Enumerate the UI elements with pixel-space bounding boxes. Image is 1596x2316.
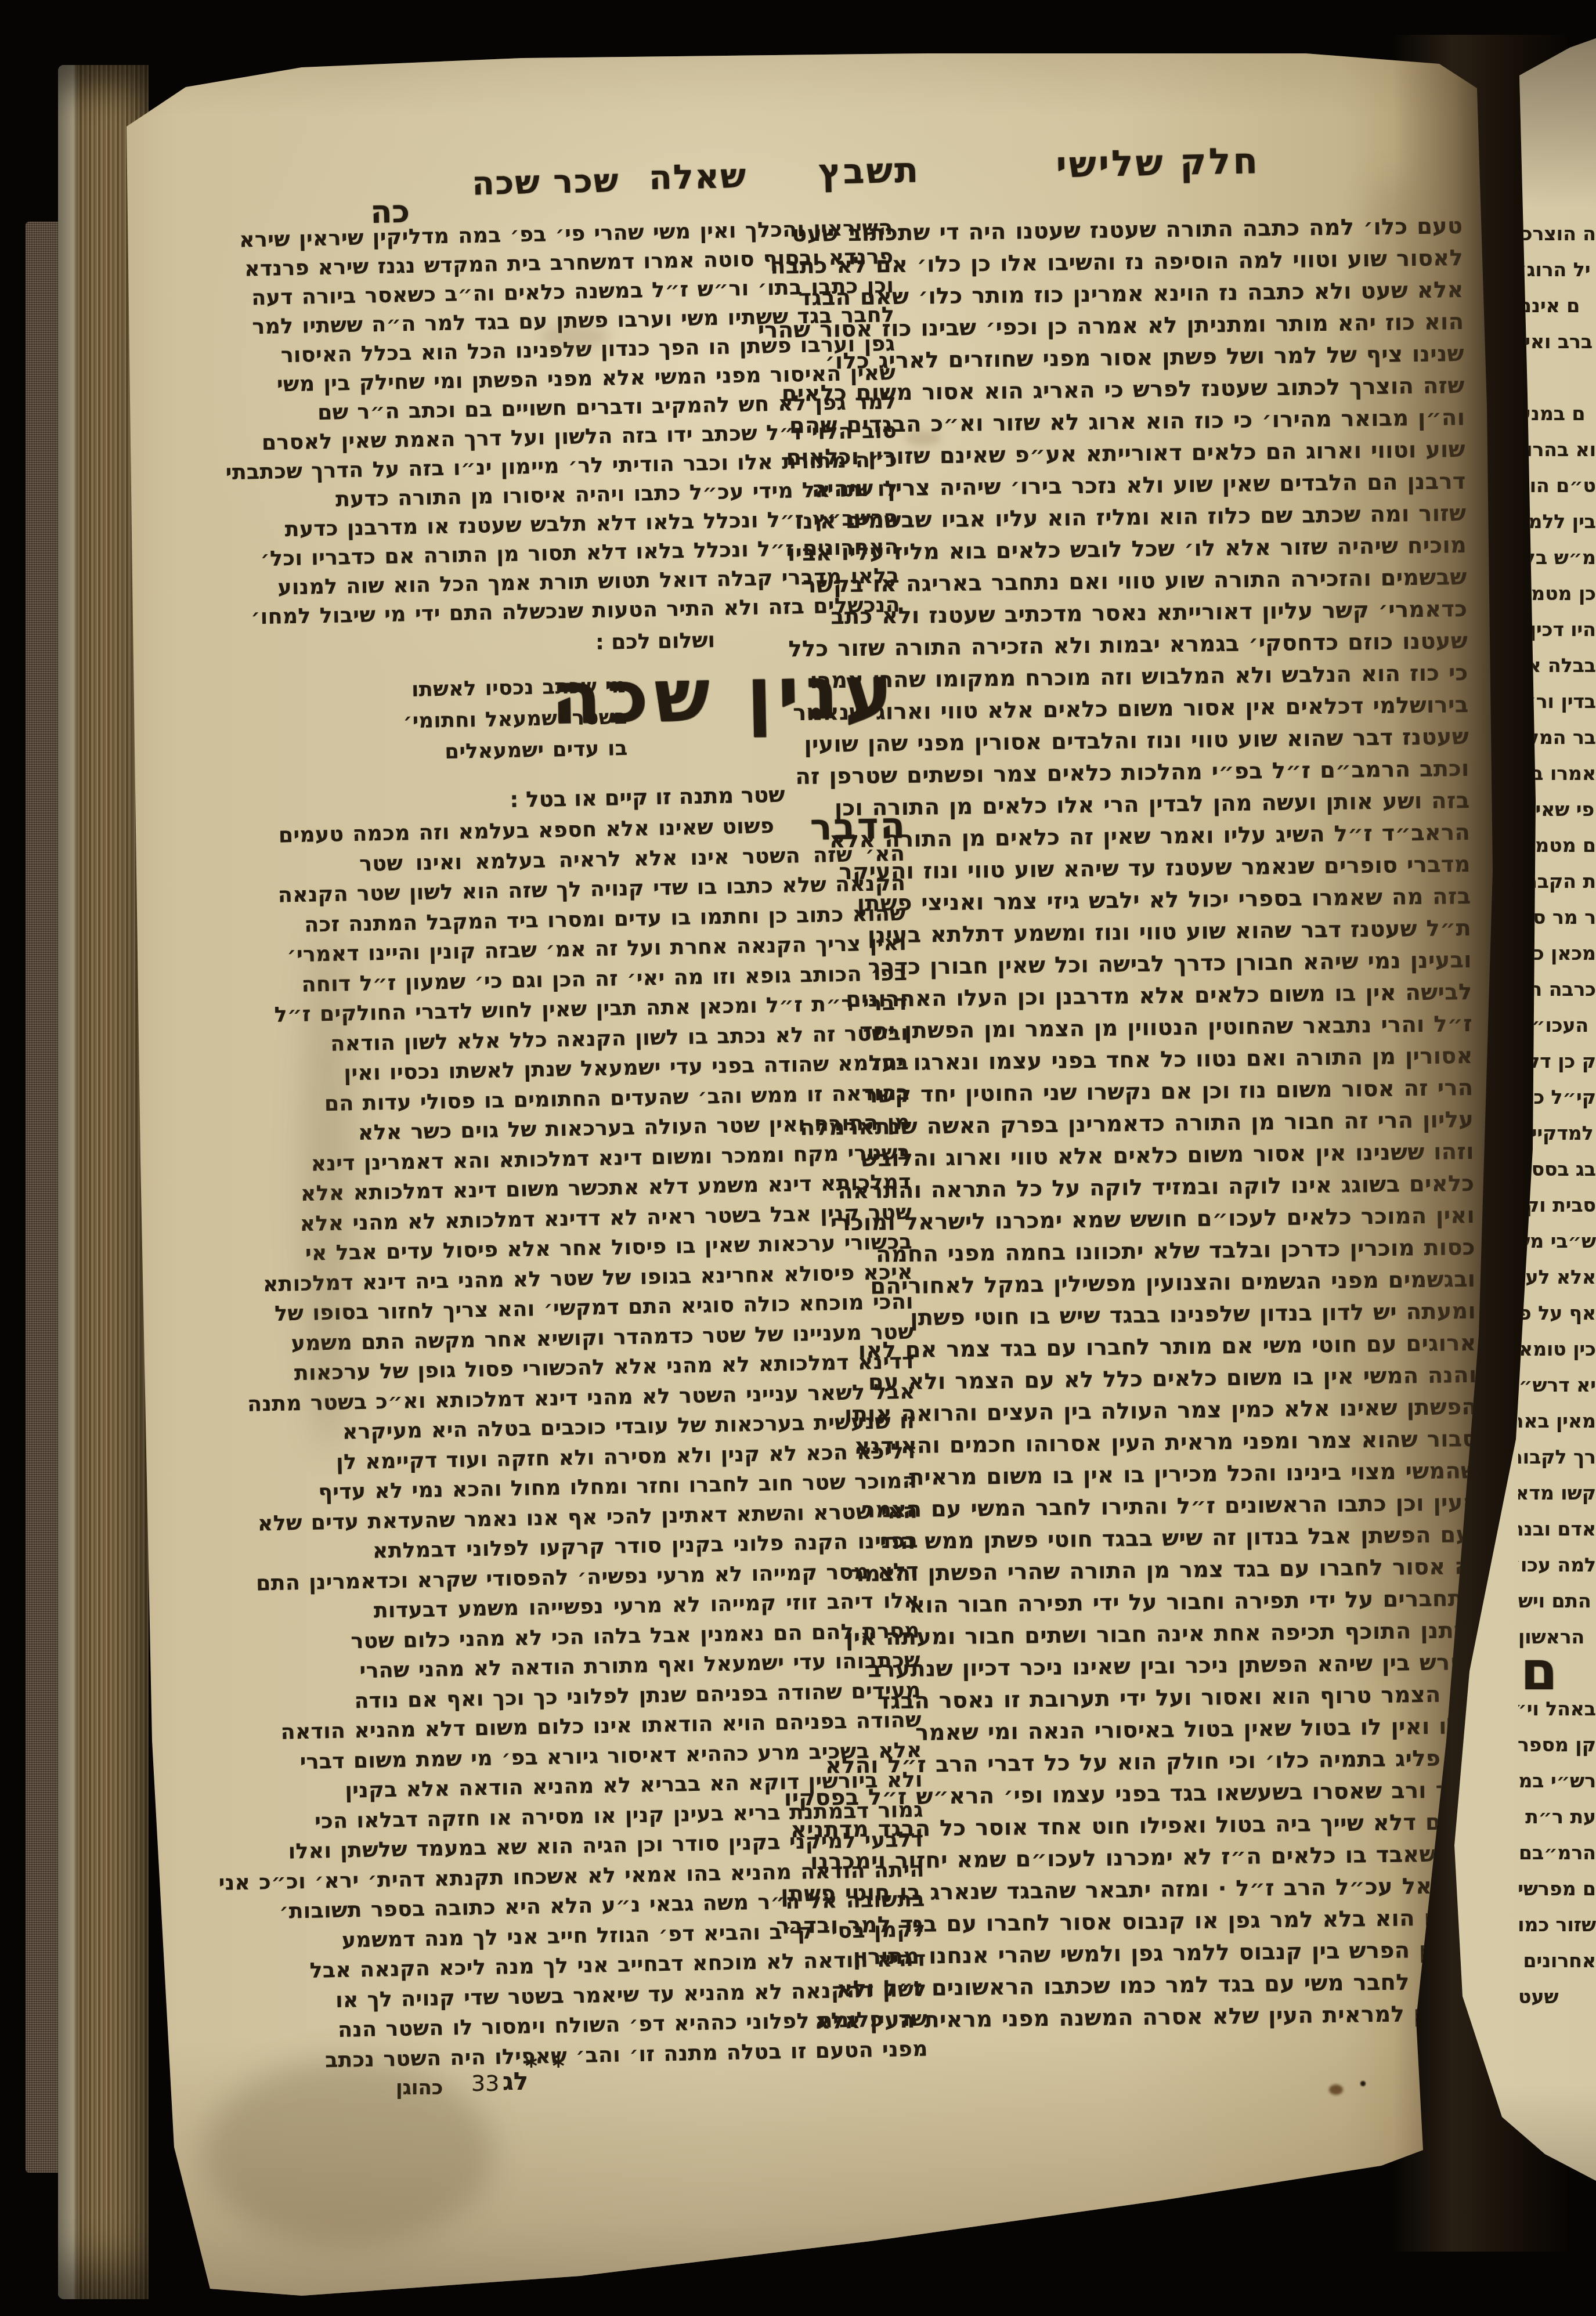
responsum-body: הדבר פשוט שאינו אלא חספא בעלמא וזה מכמה … — [359, 809, 928, 2075]
text-line — [1518, 360, 1596, 396]
text-line: ר מר סדר — [1518, 899, 1596, 935]
text-line: מאין באהל — [1518, 1403, 1596, 1439]
text-line: וא בהרוגי — [1518, 432, 1596, 468]
footer-catchword: כהוגן — [396, 2076, 443, 2100]
text-line: ט״ם הוא — [1518, 468, 1596, 504]
paper-stain — [540, 325, 609, 348]
text-line: בג בססיא — [1518, 1151, 1596, 1187]
text-line: אדם ובנה — [1518, 1511, 1596, 1547]
text-line: בין ללמוד — [1518, 504, 1596, 540]
paper-stain — [905, 431, 940, 446]
text-line: קשו מדאמ׳ — [1518, 1475, 1596, 1511]
text-line: כן מטמאין — [1518, 576, 1596, 612]
text-line: יל הרוג׳ — [1518, 252, 1596, 288]
text-line: אלא לענין — [1518, 1259, 1596, 1295]
footer-asterisks: * * — [525, 2053, 568, 2080]
text-line: בדין ור״מ — [1518, 684, 1596, 720]
text-line: עת ר״ת ז״ל — [1518, 1799, 1596, 1835]
text-line: רך לקבור — [1518, 1439, 1596, 1475]
text-line: למדקייה — [1518, 1115, 1596, 1151]
text-line: ברב ואין — [1518, 324, 1596, 360]
text-column-left: השיראין והכלך ואין משי שהרי פי׳ בפ׳ במה … — [347, 214, 928, 2074]
facing-page-heading-fragment: ם — [1521, 1640, 1558, 1702]
text-line: שעט — [1518, 1979, 1596, 2015]
footer-page-number: 33 — [471, 2071, 499, 2096]
corner-smudge — [203, 2060, 493, 2246]
text-line: הרמ״בם ז״ל — [1518, 1835, 1596, 1871]
scanned-page: חלק שלישי תשבץ שאלה שכר שכה כה טעם כלו׳ … — [0, 0, 1596, 2316]
header-topic-label: שכר שכה — [472, 162, 620, 203]
ink-dot — [1360, 2081, 1366, 2086]
section-side-note: מי שכתב נכסיו לאשתובשטר ישמעאל וחתומי׳בו… — [364, 670, 628, 769]
text-line: היו דכין זה — [1518, 612, 1596, 648]
paper-stain — [1329, 2084, 1343, 2095]
text-line: ק כן דקי״ל — [1518, 1043, 1596, 1079]
text-line: רש״י במס׳ — [1518, 1763, 1596, 1799]
text-line: פי שאינ׳ — [1518, 792, 1596, 828]
text-line: ה הוצרכו — [1518, 216, 1596, 252]
text-line: התם ויש — [1518, 1583, 1596, 1619]
text-line: מ״ש בלחי — [1518, 540, 1596, 576]
left-column-paragraph: השיראין והכלך ואין משי שהרי פי׳ בפ׳ במה … — [347, 214, 900, 630]
text-line: ם מטמאין — [1518, 828, 1596, 863]
text-line: כרבה הקשו — [1518, 971, 1596, 1007]
text-line: אחרונים ז״ל — [1518, 1943, 1596, 1979]
responsum-initial-word: הדבר — [810, 804, 907, 848]
text-line: ם אינם — [1518, 288, 1596, 324]
text-line: יא דרש״בי — [1518, 1367, 1596, 1403]
text-line: אף על פי — [1518, 1295, 1596, 1331]
text-column-right: טעם כלו׳ למה כתבה התורה שעטנז שעטנו היה … — [901, 210, 1485, 2036]
book-cover-cloth-edge — [26, 222, 63, 2173]
text-line: ש״בי משום — [1518, 1223, 1596, 1259]
text-line: קן מספרי — [1518, 1727, 1596, 1763]
text-line: בר המקבל — [1518, 720, 1596, 756]
section-heading-row: ענין שכה מי שכתב נכסיו לאשתובשטר ישמעאל … — [356, 653, 904, 787]
text-line: בו עדים ישמעאלים — [365, 733, 628, 769]
text-line: בשטר ישמעאל וחתומי׳ — [364, 702, 627, 738]
header-book-title: תשבץ — [818, 150, 920, 193]
text-line: שזור כמו — [1518, 1907, 1596, 1943]
text-line: קי״ל כהאי — [1518, 1079, 1596, 1115]
text-line: ם במנע — [1518, 396, 1596, 432]
text-line: העכו״ם — [1518, 1007, 1596, 1043]
text-line: אמרו בפ׳ — [1518, 756, 1596, 792]
text-line: למה עכו״ם — [1518, 1547, 1596, 1583]
scanned-book-photo: { "colors":{"paper":"#d6c9a5","ink":"#24… — [0, 0, 1596, 2316]
text-line: מכאן כרבה — [1518, 935, 1596, 971]
facing-page-text-fragments: ה הוצרכויל הרוג׳ם אינםברב ואין ם במנעוא … — [1518, 216, 1596, 2026]
text-line: ת הקברות — [1518, 863, 1596, 899]
footer-folio-hebrew: לג — [503, 2067, 528, 2095]
text-line: בבלה אינה — [1518, 648, 1596, 684]
text-line: מי שכתב נכסיו לאשתו — [364, 670, 627, 707]
text-line: חיישינן למראית העין שלא אסרה המשנה מפני … — [923, 1997, 1485, 2036]
header-section-label: שאלה — [648, 156, 748, 198]
header-part-title: חלק שלישי — [1056, 139, 1261, 186]
text-line: כין טומאה — [1518, 1331, 1596, 1367]
text-line: סבית וקי״ל — [1518, 1187, 1596, 1223]
text-line: ם מפרשים — [1518, 1871, 1596, 1907]
